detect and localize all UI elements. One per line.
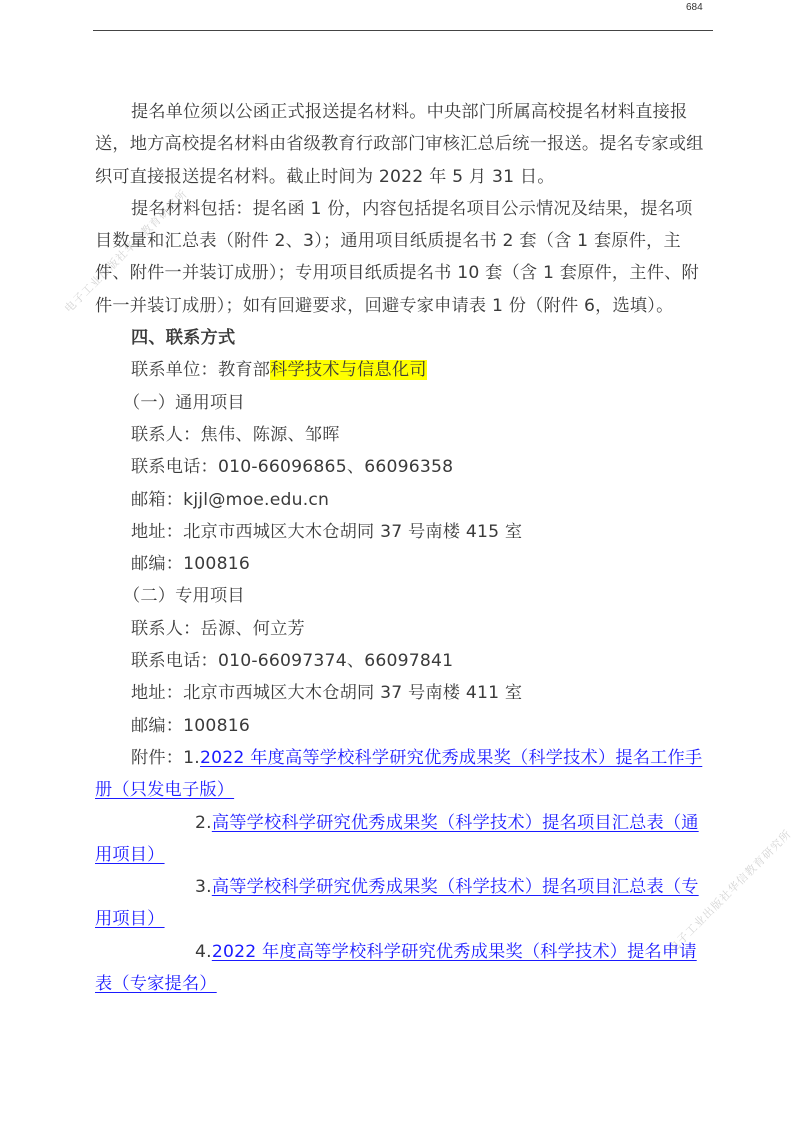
attachment-link-3[interactable]: 高等学校科学研究优秀成果奖（科学技术）提名项目汇总表（专用项目） — [95, 877, 699, 929]
general-contact-postcode: 邮编：100816 — [95, 548, 707, 580]
special-contact-phone: 联系电话：010-66097374、66097841 — [95, 645, 707, 677]
attachment-number: 3. — [195, 877, 212, 897]
materials-paragraph: 提名材料包括：提名函 1 份，内容包括提名项目公示情况及结果，提名项目数量和汇总… — [95, 193, 707, 322]
general-contact-phone: 联系电话：010-66096865、66096358 — [95, 451, 707, 483]
document-body: 提名单位须以公函正式报送提名材料。中央部门所属高校提名材料直接报送，地方高校提名… — [95, 96, 707, 1000]
special-contact-postcode: 邮编：100816 — [95, 710, 707, 742]
attachment-link-2[interactable]: 高等学校科学研究优秀成果奖（科学技术）提名项目汇总表（通用项目） — [95, 813, 699, 865]
attachment-link-4[interactable]: 2022 年度高等学校科学研究优秀成果奖（科学技术）提名申请表（专家提名） — [95, 942, 697, 994]
attachment-item-4: 4.2022 年度高等学校科学研究优秀成果奖（科学技术）提名申请表（专家提名） — [95, 936, 707, 1001]
attachment-number: 4. — [195, 942, 212, 962]
special-project-title: （二）专用项目 — [95, 580, 707, 612]
special-contact-address: 地址：北京市西城区大木仓胡同 37 号南楼 411 室 — [95, 677, 707, 709]
attachment-item-3: 3.高等学校科学研究优秀成果奖（科学技术）提名项目汇总表（专用项目） — [95, 871, 707, 936]
general-project-title: （一）通用项目 — [95, 387, 707, 419]
highlighted-department: 科学技术与信息化司 — [270, 360, 427, 380]
general-contact-email: 邮箱：kjjl@moe.edu.cn — [95, 484, 707, 516]
attachment-number: 1. — [183, 748, 200, 768]
contact-unit-label: 联系单位：教育部 — [131, 360, 270, 380]
attachments-label: 附件： — [131, 748, 183, 768]
header-rule — [93, 30, 713, 31]
attachment-item-1: 附件：1.2022 年度高等学校科学研究优秀成果奖（科学技术）提名工作手册（只发… — [95, 742, 707, 807]
general-contact-person: 联系人：焦伟、陈源、邹晖 — [95, 419, 707, 451]
general-contact-address: 地址：北京市西城区大木仓胡同 37 号南楼 415 室 — [95, 516, 707, 548]
section-heading-contact: 四、联系方式 — [95, 322, 707, 354]
submission-paragraph: 提名单位须以公函正式报送提名材料。中央部门所属高校提名材料直接报送，地方高校提名… — [95, 96, 707, 193]
page-number: 684 — [686, 2, 703, 13]
special-contact-person: 联系人：岳源、何立芳 — [95, 613, 707, 645]
attachment-number: 2. — [195, 813, 212, 833]
contact-unit: 联系单位：教育部科学技术与信息化司 — [95, 354, 707, 386]
attachment-item-2: 2.高等学校科学研究优秀成果奖（科学技术）提名项目汇总表（通用项目） — [95, 807, 707, 872]
